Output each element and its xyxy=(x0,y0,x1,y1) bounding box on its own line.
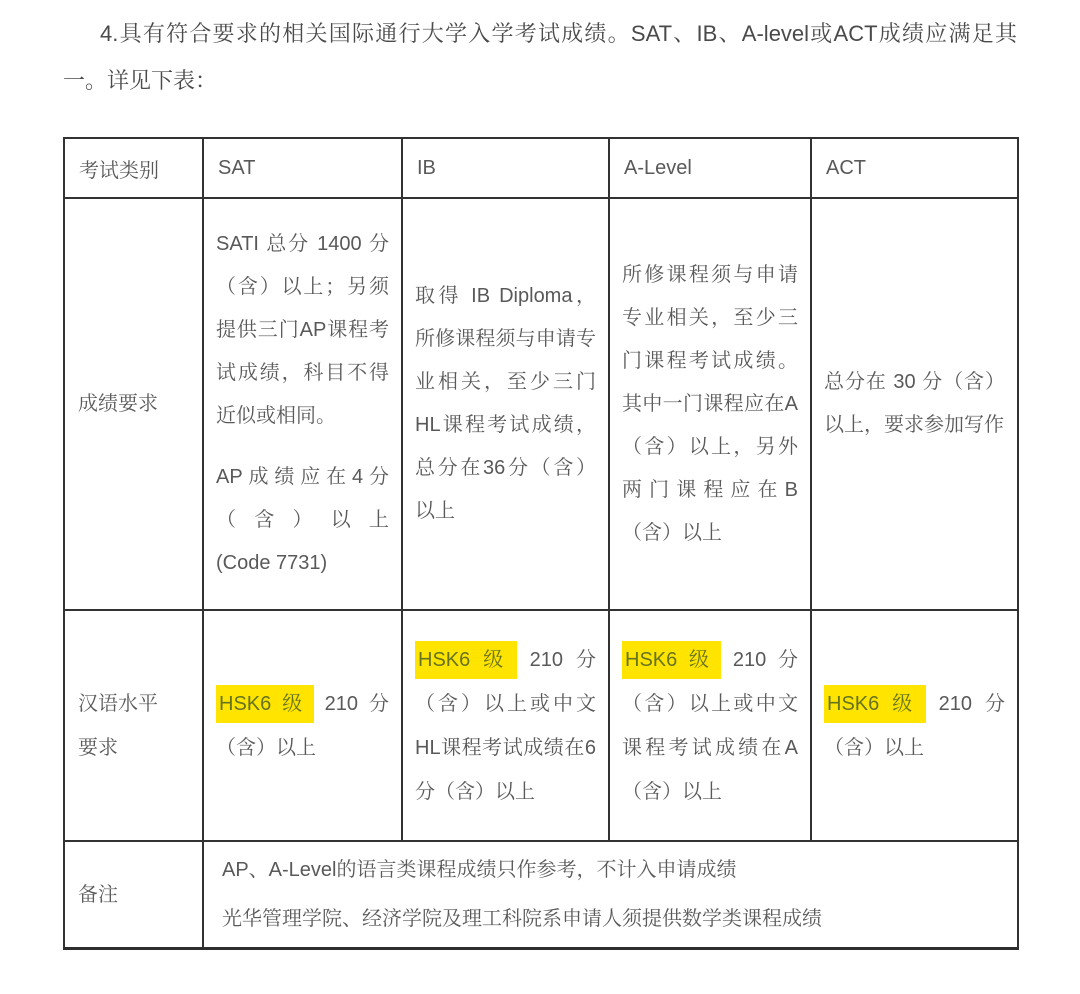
header-sat: SAT xyxy=(203,138,402,198)
table-header-row: 考试类别 SAT IB A-Level ACT xyxy=(64,138,1018,198)
row-score-requirements: 成绩要求 SATI 总分 1400 分（含）以上；另须提供三门AP课程考试成绩，… xyxy=(64,198,1018,610)
score-ib-paragraph: 取得 IB Diploma，所修课程须与申请专业相关，至少三门HL课程考试成绩，… xyxy=(415,275,596,533)
intro-paragraph: 4.具有符合要求的相关国际通行大学入学考试成绩。SAT、IB、A-level或A… xyxy=(63,10,1017,104)
score-a-level-paragraph: 所修课程须与申请专业相关，至少三门课程考试成绩。其中一门课程应在A（含）以上，另… xyxy=(622,254,798,555)
row-chinese-proficiency: 汉语水平要求 HSK6 级 210 分（含）以上 HSK6 级 210 分（含）… xyxy=(64,610,1018,841)
hsk-sat-cell: HSK6 级 210 分（含）以上 xyxy=(203,610,402,841)
score-row-label: 成绩要求 xyxy=(64,198,203,610)
score-act-paragraph: 总分在 30 分（含）以上，要求参加写作 xyxy=(824,361,1005,447)
hsk-a-level-highlight: HSK6 级 xyxy=(622,641,721,679)
hsk-act-highlight: HSK6 级 xyxy=(824,685,926,723)
notes-row-label: 备注 xyxy=(64,841,203,949)
header-exam-category: 考试类别 xyxy=(64,138,203,198)
notes-cell: AP、A-Level的语言类课程成绩只作参考，不计入申请成绩 光华管理学院、经济… xyxy=(203,841,1018,949)
document-page: 4.具有符合要求的相关国际通行大学入学考试成绩。SAT、IB、A-level或A… xyxy=(0,0,1080,950)
header-ib: IB xyxy=(402,138,609,198)
hsk-sat-paragraph: HSK6 级 210 分（含）以上 xyxy=(216,682,389,770)
score-sat-code: (Code 7731) xyxy=(216,552,327,574)
hsk-a-level-paragraph: HSK6 级 210 分（含）以上或中文课程考试成绩在A（含）以上 xyxy=(622,638,798,814)
header-act: ACT xyxy=(811,138,1018,198)
hsk-a-level-cell: HSK6 级 210 分（含）以上或中文课程考试成绩在A（含）以上 xyxy=(609,610,811,841)
hsk-ib-paragraph: HSK6 级 210 分（含）以上或中文HL课程考试成绩在6分（含）以上 xyxy=(415,638,596,814)
hsk-ib-highlight: HSK6 级 xyxy=(415,641,517,679)
score-sat-paragraph-1: SATI 总分 1400 分（含）以上；另须提供三门AP课程考试成绩，科目不得近… xyxy=(216,223,389,438)
score-act-cell: 总分在 30 分（含）以上，要求参加写作 xyxy=(811,198,1018,610)
hsk-act-cell: HSK6 级 210 分（含）以上 xyxy=(811,610,1018,841)
hsk-sat-highlight: HSK6 级 xyxy=(216,685,314,723)
notes-paragraph-1: AP、A-Level的语言类课程成绩只作参考，不计入申请成绩 xyxy=(222,848,1005,892)
header-a-level: A-Level xyxy=(609,138,811,198)
score-sat-paragraph-2: AP成绩应在4分（含）以上 (Code 7731) xyxy=(216,456,389,585)
notes-paragraph-2: 光华管理学院、经济学院及理工科院系申请人须提供数学类课程成绩 xyxy=(222,897,1005,941)
row-notes: 备注 AP、A-Level的语言类课程成绩只作参考，不计入申请成绩 光华管理学院… xyxy=(64,841,1018,949)
hsk-row-label: 汉语水平要求 xyxy=(64,610,203,841)
score-ib-cell: 取得 IB Diploma，所修课程须与申请专业相关，至少三门HL课程考试成绩，… xyxy=(402,198,609,610)
score-sat-p2-text: AP成绩应在4分（含）以上 xyxy=(216,466,389,531)
score-sat-cell: SATI 总分 1400 分（含）以上；另须提供三门AP课程考试成绩，科目不得近… xyxy=(203,198,402,610)
hsk-act-paragraph: HSK6 级 210 分（含）以上 xyxy=(824,682,1005,770)
hsk-ib-cell: HSK6 级 210 分（含）以上或中文HL课程考试成绩在6分（含）以上 xyxy=(402,610,609,841)
score-a-level-cell: 所修课程须与申请专业相关，至少三门课程考试成绩。其中一门课程应在A（含）以上，另… xyxy=(609,198,811,610)
admission-requirements-table: 考试类别 SAT IB A-Level ACT 成绩要求 SATI 总分 140… xyxy=(63,137,1019,950)
